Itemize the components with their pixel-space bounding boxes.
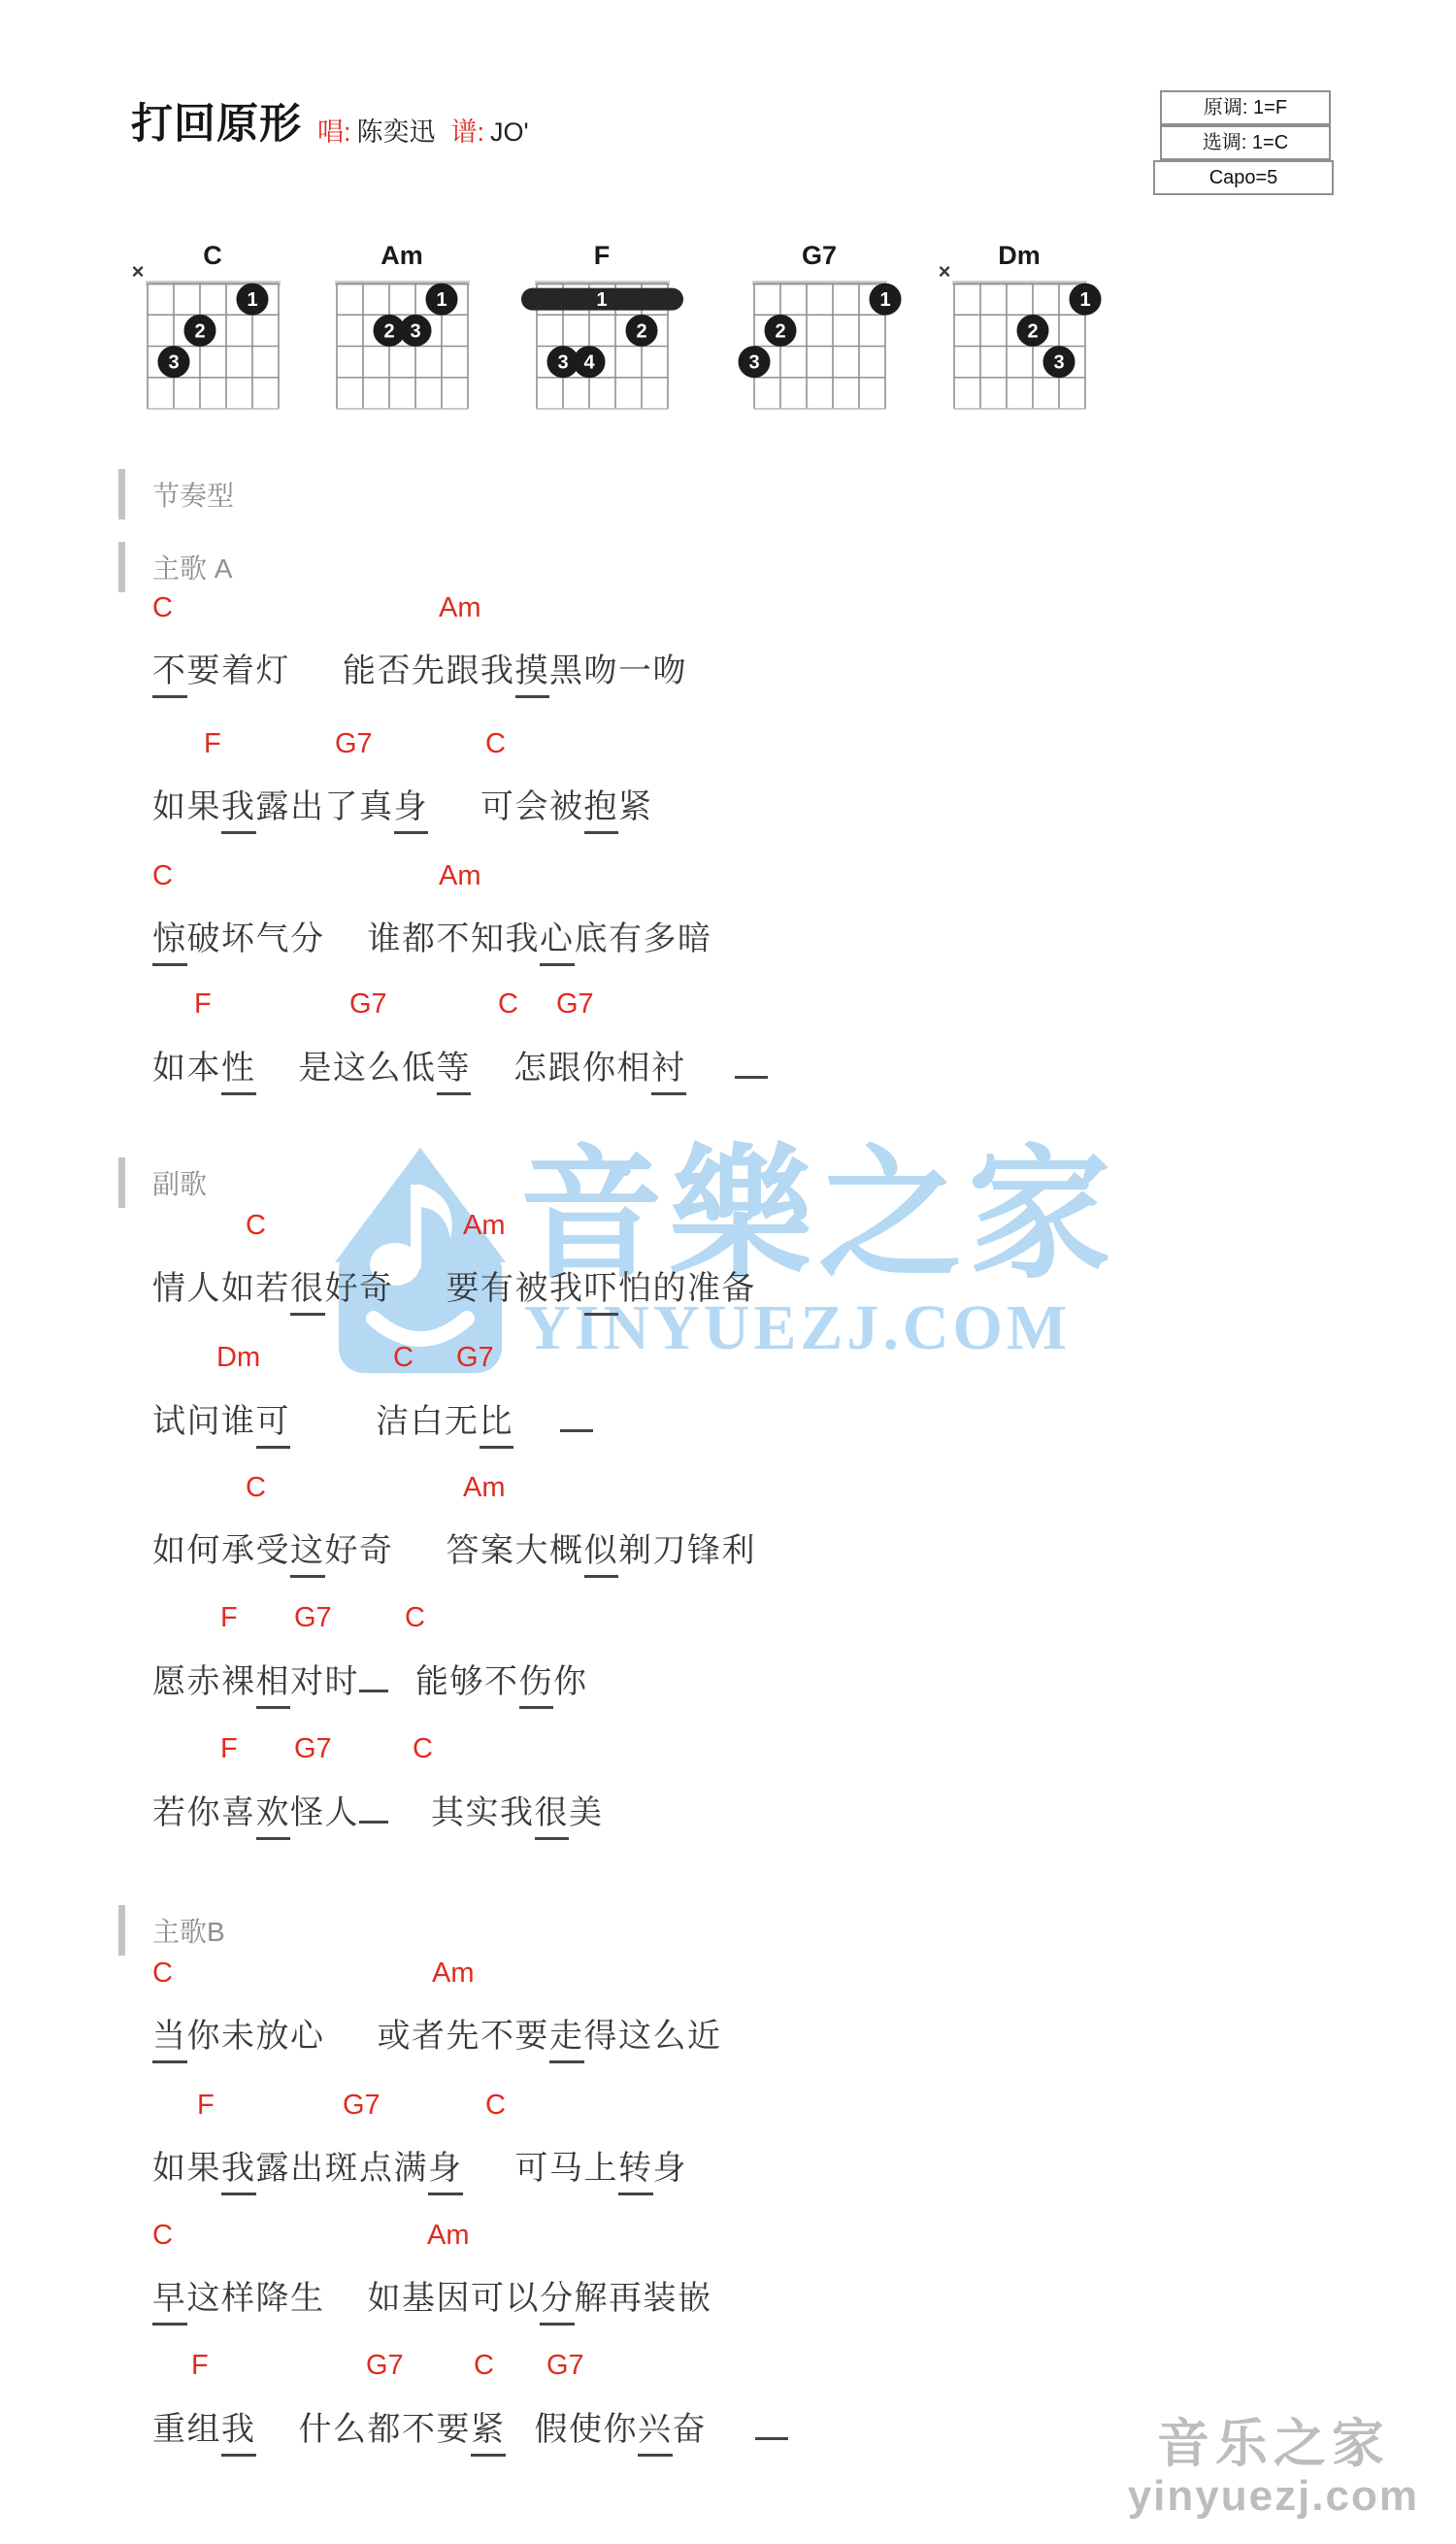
lyric-seg: 很 bbox=[535, 1792, 570, 1840]
lyric-line: FG7C如果我露出了真身可会被抱紧 bbox=[0, 728, 1456, 845]
lyric-seg: 能否先跟我 bbox=[343, 651, 515, 692]
lyric-seg: 能够不 bbox=[415, 1661, 519, 1703]
lyric-seg: 如基因可以 bbox=[368, 2278, 541, 2320]
lyric-line: DmCG7试问谁可洁白无比 bbox=[0, 1342, 1456, 1458]
sheet: 音樂之家 YINYUEZJ.COM 音乐之家 yinyuezj.com 打回原形… bbox=[0, 0, 1456, 2544]
lyric-line: CAm当你未放心或者先不要走得这么近 bbox=[0, 1958, 1456, 2074]
chord-label: G7 bbox=[294, 1733, 332, 1765]
lyric-gap bbox=[388, 1822, 431, 1824]
svg-text:1: 1 bbox=[1079, 289, 1090, 311]
chord-label: C bbox=[152, 2220, 173, 2252]
lyric-line: FG7CG7如本性是这么低等怎跟你相衬 bbox=[0, 988, 1456, 1105]
lyric-gap bbox=[325, 948, 368, 950]
chord-label: G7 bbox=[349, 988, 387, 1021]
lyric-seg: 得这么近 bbox=[584, 2016, 722, 2058]
lyric-text: 惊破坏气分谁都不知我心底有多暗 bbox=[152, 919, 712, 966]
lyric-seg: 这样降生 bbox=[187, 2278, 325, 2320]
lyric-seg: 早 bbox=[152, 2278, 187, 2326]
lyric-seg: 紧 bbox=[471, 2409, 506, 2457]
lyric-seg: 分 bbox=[540, 2278, 575, 2326]
lyric-seg: 这 bbox=[290, 1530, 325, 1578]
lyric-blank-underline bbox=[735, 1047, 768, 1079]
lyric-text: 重组我什么都不要紧假使你兴奋 bbox=[152, 2408, 788, 2457]
svg-text:4: 4 bbox=[583, 352, 595, 374]
section-label: 节奏型 bbox=[152, 475, 234, 514]
lyric-gap bbox=[506, 2438, 535, 2440]
svg-text:×: × bbox=[132, 259, 145, 284]
singer-name: 陈奕迅 bbox=[357, 117, 436, 147]
lyric-seg: 我 bbox=[221, 2148, 256, 2195]
lyric-seg: 重组 bbox=[152, 2409, 221, 2451]
lyric-gap bbox=[428, 816, 480, 818]
chord-diagram-F: F1234 bbox=[517, 233, 692, 418]
lyric-seg: 性 bbox=[221, 1048, 256, 1095]
lyric-text: 情人如若很好奇要有被我吓怕的准备 bbox=[152, 1268, 756, 1316]
lyric-line: FG7CG7重组我什么都不要紧假使你兴奋 bbox=[0, 2350, 1456, 2466]
lyric-seg: 转 bbox=[618, 2148, 653, 2195]
lyric-line: CAm不要着灯能否先跟我摸黑吻一吻 bbox=[0, 592, 1456, 709]
svg-text:×: × bbox=[939, 259, 951, 284]
lyric-gap bbox=[325, 2307, 368, 2309]
lyric-seg: 洁白无 bbox=[376, 1401, 480, 1443]
chord-label: C bbox=[405, 1602, 425, 1634]
chord-label: F bbox=[220, 1733, 238, 1765]
lyric-seg: 比 bbox=[480, 1401, 514, 1449]
lyric-text: 如本性是这么低等怎跟你相衬 bbox=[152, 1047, 768, 1095]
lyric-line: FG7C若你喜欢怪人其实我很美 bbox=[0, 1733, 1456, 1850]
chord-label: Am bbox=[432, 1958, 475, 1990]
svg-text:3: 3 bbox=[410, 320, 420, 342]
lyric-seg: 好奇 bbox=[325, 1530, 394, 1572]
chord-label: Am bbox=[439, 860, 481, 892]
svg-text:C: C bbox=[203, 241, 222, 270]
svg-text:1: 1 bbox=[247, 289, 257, 311]
svg-text:2: 2 bbox=[383, 320, 394, 342]
lyric-seg: 可马上 bbox=[515, 2148, 619, 2190]
key-row-selected: 选调: 1=C bbox=[1160, 125, 1331, 160]
lyric-seg: 如果 bbox=[152, 2148, 221, 2190]
lyric-gap bbox=[325, 2045, 378, 2047]
lyric-seg: 如果 bbox=[152, 787, 221, 828]
lyric-seg: 对时 bbox=[290, 1661, 359, 1703]
chord-label: C bbox=[413, 1733, 433, 1765]
svg-text:G7: G7 bbox=[802, 241, 837, 270]
credits: 唱:陈奕迅谱:JO' bbox=[317, 111, 545, 149]
chord-label: C bbox=[393, 1342, 414, 1374]
svg-text:1: 1 bbox=[596, 289, 607, 311]
lyric-gap bbox=[471, 1077, 513, 1079]
content-layer: 打回原形 唱:陈奕迅谱:JO' 原调: 1=F 选调: 1=C Capo=5 C… bbox=[0, 0, 1456, 2544]
lyric-seg: 黑吻一吻 bbox=[549, 651, 687, 692]
lyric-text: 如果我露出了真身可会被抱紧 bbox=[152, 787, 653, 834]
chord-label: G7 bbox=[343, 2090, 381, 2122]
lyric-gap bbox=[513, 1430, 560, 1432]
lyric-seg: 抱 bbox=[584, 787, 619, 834]
lyric-seg: 奋 bbox=[673, 2409, 708, 2451]
lyric-seg: 露出了真 bbox=[256, 787, 394, 828]
lyric-seg: 什么都不要 bbox=[299, 2409, 472, 2451]
lyric-gap bbox=[686, 1077, 735, 1079]
lyric-text: 愿赤裸相对时能够不伤你 bbox=[152, 1660, 588, 1709]
lyric-text: 早这样降生如基因可以分解再装嵌 bbox=[152, 2278, 712, 2326]
chord-label: G7 bbox=[546, 2350, 584, 2382]
lyric-blank-underline bbox=[359, 1660, 388, 1692]
lyric-blank-underline bbox=[359, 1791, 388, 1824]
lyric-seg: 我 bbox=[221, 2409, 256, 2457]
lyric-seg: 情人如若 bbox=[152, 1268, 290, 1310]
lyric-seg: 摸 bbox=[515, 651, 550, 698]
section-bar bbox=[118, 1157, 125, 1208]
lyric-seg: 其实我 bbox=[431, 1792, 535, 1834]
chord-label: F bbox=[194, 988, 212, 1021]
lyric-seg: 你 bbox=[553, 1661, 588, 1703]
lyric-seg: 身 bbox=[653, 2148, 688, 2190]
lyric-seg: 似 bbox=[584, 1530, 619, 1578]
key-row-capo: Capo=5 bbox=[1153, 160, 1334, 195]
lyric-seg: 答案大概 bbox=[447, 1530, 584, 1572]
lyric-seg: 伤 bbox=[519, 1661, 554, 1709]
lyric-gap bbox=[256, 1077, 299, 1079]
lyric-line: CAm早这样降生如基因可以分解再装嵌 bbox=[0, 2220, 1456, 2336]
lyric-seg: 或者先不要 bbox=[378, 2016, 550, 2058]
chord-label: G7 bbox=[556, 988, 594, 1021]
lyric-text: 如何承受这好奇答案大概似剃刀锋利 bbox=[152, 1530, 756, 1578]
lyric-seg: 不 bbox=[152, 651, 187, 698]
lyric-gap bbox=[256, 2438, 299, 2440]
lyric-seg: 解再装嵌 bbox=[575, 2278, 712, 2320]
lyric-text: 不要着灯能否先跟我摸黑吻一吻 bbox=[152, 651, 687, 698]
lyric-text: 若你喜欢怪人其实我很美 bbox=[152, 1791, 604, 1840]
chord-label: F bbox=[204, 728, 221, 760]
chord-label: Dm bbox=[216, 1342, 260, 1374]
lyric-line: CAm情人如若很好奇要有被我吓怕的准备 bbox=[0, 1210, 1456, 1326]
lyric-seg: 衬 bbox=[651, 1048, 686, 1095]
lyric-seg: 兴 bbox=[638, 2409, 673, 2457]
lyric-seg: 紧 bbox=[618, 787, 653, 828]
lyric-seg: 走 bbox=[549, 2016, 584, 2063]
chord-diagram-C: C×123 bbox=[128, 233, 303, 418]
chord-label: G7 bbox=[366, 2350, 404, 2382]
lyric-seg: 要有被我 bbox=[447, 1268, 584, 1310]
lyric-gap bbox=[463, 2177, 515, 2179]
lyric-gap bbox=[290, 1430, 376, 1432]
lyric-blank-underline bbox=[560, 1400, 593, 1432]
lyric-line: FG7C愿赤裸相对时能够不伤你 bbox=[0, 1602, 1456, 1719]
lyric-seg: 谁都不知我 bbox=[368, 919, 541, 960]
svg-text:1: 1 bbox=[879, 289, 890, 311]
lyric-seg: 如何承受 bbox=[152, 1530, 290, 1572]
lyric-blank-underline bbox=[755, 2408, 788, 2440]
chord-label: C bbox=[246, 1210, 266, 1242]
lyric-seg: 欢 bbox=[256, 1792, 291, 1840]
section-label: 副歌 bbox=[152, 1163, 207, 1202]
lyric-seg: 怪人 bbox=[290, 1792, 359, 1834]
key-row-original: 原调: 1=F bbox=[1160, 90, 1331, 125]
lyric-seg: 心 bbox=[540, 919, 575, 966]
svg-text:3: 3 bbox=[557, 352, 568, 374]
chord-label: G7 bbox=[456, 1342, 494, 1374]
lyric-seg: 试问谁 bbox=[152, 1401, 256, 1443]
lyric-seg: 我 bbox=[221, 787, 256, 834]
chord-label: C bbox=[246, 1472, 266, 1504]
svg-text:3: 3 bbox=[168, 352, 179, 374]
lyric-seg: 怎跟你相 bbox=[513, 1048, 651, 1089]
lyric-seg: 相 bbox=[256, 1661, 291, 1709]
svg-text:2: 2 bbox=[775, 320, 785, 342]
chord-label: C bbox=[474, 2350, 494, 2382]
svg-text:2: 2 bbox=[1027, 320, 1038, 342]
lyric-seg: 底有多暗 bbox=[575, 919, 712, 960]
lyric-seg: 你未放心 bbox=[187, 2016, 325, 2058]
lyric-seg: 很 bbox=[290, 1268, 325, 1316]
svg-text:F: F bbox=[594, 241, 611, 270]
section-marker: 主歌B bbox=[118, 1905, 225, 1956]
section-bar bbox=[118, 469, 125, 519]
section-label: 主歌 A bbox=[152, 548, 232, 586]
lyric-line: CAm如何承受这好奇答案大概似剃刀锋利 bbox=[0, 1472, 1456, 1589]
lyric-seg: 吓 bbox=[584, 1268, 619, 1316]
lyric-seg: 破坏气分 bbox=[187, 919, 325, 960]
lyric-seg: 是这么低 bbox=[299, 1048, 437, 1089]
lyric-seg: 如本 bbox=[152, 1048, 221, 1089]
chord-label: C bbox=[498, 988, 518, 1021]
section-marker: 主歌 A bbox=[118, 542, 232, 592]
svg-text:3: 3 bbox=[748, 352, 759, 374]
chord-label: F bbox=[220, 1602, 238, 1634]
sing-label: 唱: bbox=[317, 117, 351, 147]
lyric-line: FG7C如果我露出斑点满身可马上转身 bbox=[0, 2090, 1456, 2206]
lyric-seg: 剃刀锋利 bbox=[618, 1530, 756, 1572]
lyric-seg: 等 bbox=[437, 1048, 472, 1095]
section-marker: 副歌 bbox=[118, 1157, 207, 1208]
score-label: 谱: bbox=[451, 117, 485, 147]
chord-label: C bbox=[152, 860, 173, 892]
lyric-seg: 若你喜 bbox=[152, 1792, 256, 1834]
lyric-text: 当你未放心或者先不要走得这么近 bbox=[152, 2016, 722, 2063]
lyric-seg: 要着灯 bbox=[187, 651, 291, 692]
chord-label: G7 bbox=[294, 1602, 332, 1634]
chord-label: F bbox=[191, 2350, 209, 2382]
lyric-gap bbox=[290, 680, 343, 682]
lyric-seg: 露出斑点满 bbox=[256, 2148, 429, 2190]
lyric-seg: 可 bbox=[256, 1401, 291, 1449]
chord-label: C bbox=[152, 1958, 173, 1990]
lyric-seg: 愿赤裸 bbox=[152, 1661, 256, 1703]
chord-label: C bbox=[485, 728, 506, 760]
lyric-text: 试问谁可洁白无比 bbox=[152, 1400, 593, 1449]
lyric-seg: 怕的准备 bbox=[618, 1268, 756, 1310]
chord-label: Am bbox=[463, 1210, 506, 1242]
chord-diagram-Am: Am123 bbox=[317, 233, 492, 418]
section-label: 主歌B bbox=[152, 1911, 225, 1950]
lyric-seg: 可会被 bbox=[480, 787, 584, 828]
lyric-seg: 惊 bbox=[152, 919, 187, 966]
section-bar bbox=[118, 542, 125, 592]
lyric-text: 如果我露出斑点满身可马上转身 bbox=[152, 2148, 687, 2195]
chord-label: G7 bbox=[335, 728, 373, 760]
chord-label: C bbox=[152, 592, 173, 624]
lyric-gap bbox=[394, 1297, 447, 1299]
lyric-seg: 美 bbox=[569, 1792, 604, 1834]
section-bar bbox=[118, 1905, 125, 1956]
chord-diagram-Dm: Dm×123 bbox=[935, 233, 1109, 418]
lyric-seg: 当 bbox=[152, 2016, 187, 2063]
chord-label: F bbox=[197, 2090, 215, 2122]
chord-label: Am bbox=[439, 592, 481, 624]
lyric-seg: 好奇 bbox=[325, 1268, 394, 1310]
lyric-line: CAm惊破坏气分谁都不知我心底有多暗 bbox=[0, 860, 1456, 977]
svg-text:Am: Am bbox=[381, 241, 423, 270]
lyric-seg: 身 bbox=[394, 787, 429, 834]
chord-label: Am bbox=[463, 1472, 506, 1504]
lyric-gap bbox=[388, 1690, 415, 1692]
svg-text:3: 3 bbox=[1053, 352, 1064, 374]
svg-text:1: 1 bbox=[436, 289, 447, 311]
lyric-seg: 身 bbox=[428, 2148, 463, 2195]
scorer-name: JO' bbox=[490, 117, 529, 147]
lyric-gap bbox=[394, 1559, 447, 1561]
lyric-seg: 假使你 bbox=[535, 2409, 639, 2451]
chord-label: Am bbox=[427, 2220, 470, 2252]
song-title: 打回原形 bbox=[131, 91, 302, 151]
svg-text:Dm: Dm bbox=[998, 241, 1041, 270]
lyric-gap bbox=[707, 2438, 755, 2440]
chord-label: C bbox=[485, 2090, 506, 2122]
svg-text:2: 2 bbox=[636, 320, 646, 342]
chord-diagram-G7: G7123 bbox=[735, 233, 910, 418]
svg-text:2: 2 bbox=[194, 320, 205, 342]
section-marker: 节奏型 bbox=[118, 469, 234, 519]
